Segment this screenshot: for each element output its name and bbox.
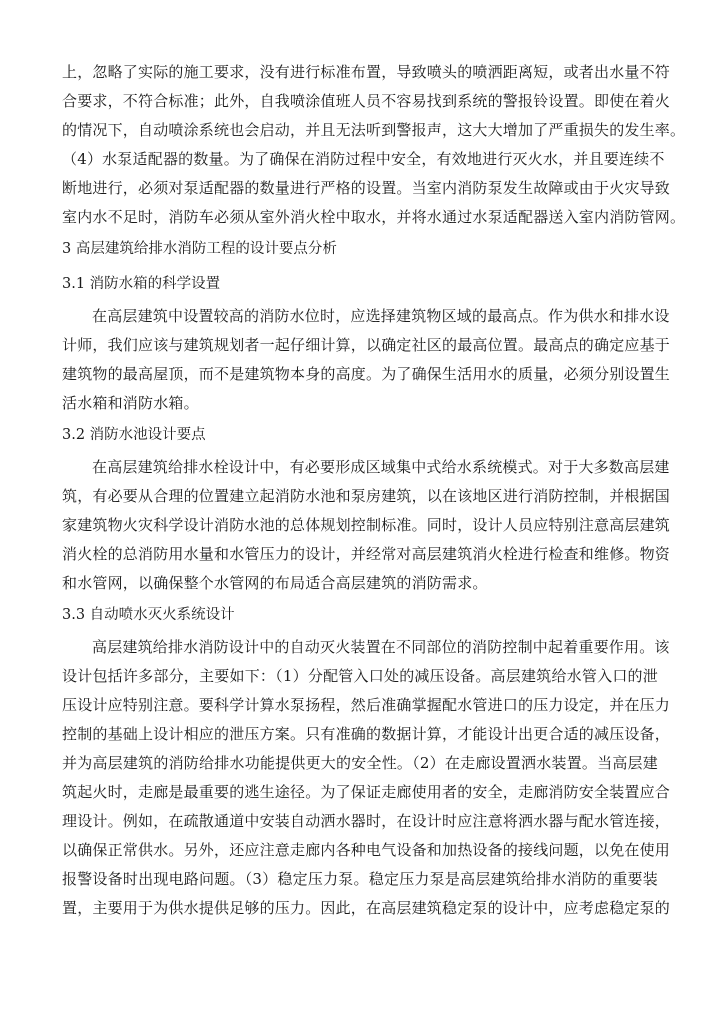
- text-line: 消火栓的总消防用水量和水管压力的设计，并经常对高层建筑消火栓进行检查和维修。物资: [62, 540, 658, 569]
- text-line: 在高层建筑中设置较高的消防水位时，应选择建筑物区域的最高点。作为供水和排水设: [62, 302, 658, 331]
- section-3-3-paragraph: 高层建筑给排水消防设计中的自动灭火装置在不同部位的消防控制中起着重要作用。该 设…: [62, 633, 658, 923]
- text-line: 高层建筑给排水消防设计中的自动灭火装置在不同部位的消防控制中起着重要作用。该: [62, 633, 658, 662]
- text-line: 报警设备时出现电路问题。（3）稳定压力泵。稳定压力泵是高层建筑给排水消防的重要装: [62, 865, 658, 894]
- text-line: 置，主要用于为供水提供足够的压力。因此，在高层建筑稳定泵的设计中，应考虑稳定泵的: [62, 894, 658, 923]
- section-heading-3-2: 3.2 消防水池设计要点: [62, 418, 658, 453]
- intro-paragraph: 上，忽略了实际的施工要求，没有进行标准布置，导致喷头的喷洒距离短，或者出水量不符…: [62, 58, 658, 232]
- text-line: 室内水不足时，消防车必须从室外消火栓中取水，并将水通过水泵适配器送入室内消防管网…: [62, 203, 658, 232]
- text-line: 并为高层建筑的消防给排水功能提供更大的安全性。（2）在走廊设置洒水装置。当高层建: [62, 749, 658, 778]
- text-line: 以确保正常供水。另外，还应注意走廊内各种电气设备和加热设备的接线问题，以免在使用: [62, 836, 658, 865]
- text-line: 理设计。例如，在疏散通道中安装自动洒水器时，在设计时应注意将洒水器与配水管连接，: [62, 807, 658, 836]
- text-line: 压设计应特别注意。要科学计算水泵扬程，然后准确掌握配水管进口的压力设定，并在压力: [62, 691, 658, 720]
- section-heading-3-1: 3.1 消防水箱的科学设置: [62, 267, 658, 302]
- text-line: 设计包括许多部分，主要如下：（1）分配管入口处的减压设备。高层建筑给水管入口的泄: [62, 662, 658, 691]
- text-line: 控制的基础上设计相应的泄压方案。只有准确的数据计算，才能设计出更合适的减压设备，: [62, 720, 658, 749]
- text-line: 和水管网，以确保整个水管网的布局适合高层建筑的消防需求。: [62, 569, 658, 598]
- text-line: 上，忽略了实际的施工要求，没有进行标准布置，导致喷头的喷洒距离短，或者出水量不符: [62, 58, 658, 87]
- section-heading-3-3: 3.3 自动喷水灭火系统设计: [62, 598, 658, 633]
- text-line: 在高层建筑给排水栓设计中，有必要形成区域集中式给水系统模式。对于大多数高层建: [62, 453, 658, 482]
- text-line: 建筑物的最高屋顶，而不是建筑物本身的高度。为了确保生活用水的质量，必须分别设置生: [62, 360, 658, 389]
- document-page: 上，忽略了实际的施工要求，没有进行标准布置，导致喷头的喷洒距离短，或者出水量不符…: [62, 58, 658, 923]
- text-line: 的情况下，自动喷涂系统也会启动，并且无法听到警报声，这大大增加了严重损失的发生率…: [62, 116, 658, 145]
- text-line: 家建筑物火灾科学设计消防水池的总体规划控制标准。同时，设计人员应特别注意高层建筑: [62, 511, 658, 540]
- section-3-1-paragraph: 在高层建筑中设置较高的消防水位时，应选择建筑物区域的最高点。作为供水和排水设 计…: [62, 302, 658, 418]
- text-line: 活水箱和消防水箱。: [62, 389, 658, 418]
- text-line: 合要求，不符合标准；此外，自我喷涂值班人员不容易找到系统的警报铃设置。即使在着火: [62, 87, 658, 116]
- text-line: （4）水泵适配器的数量。为了确保在消防过程中安全，有效地进行灭火水，并且要连续不: [62, 145, 658, 174]
- section-3-2-paragraph: 在高层建筑给排水栓设计中，有必要形成区域集中式给水系统模式。对于大多数高层建 筑…: [62, 453, 658, 598]
- text-line: 断地进行，必须对泵适配器的数量进行严格的设置。当室内消防泵发生故障或由于火灾导致: [62, 174, 658, 203]
- text-line: 筑起火时，走廊是最重要的逃生途径。为了保证走廊使用者的安全，走廊消防安全装置应合: [62, 778, 658, 807]
- text-line: 筑，有必要从合理的位置建立起消防水池和泵房建筑，以在该地区进行消防控制，并根据国: [62, 482, 658, 511]
- section-heading-3: 3 高层建筑给排水消防工程的设计要点分析: [62, 232, 658, 267]
- text-line: 计师，我们应该与建筑规划者一起仔细计算，以确定社区的最高位置。最高点的确定应基于: [62, 331, 658, 360]
